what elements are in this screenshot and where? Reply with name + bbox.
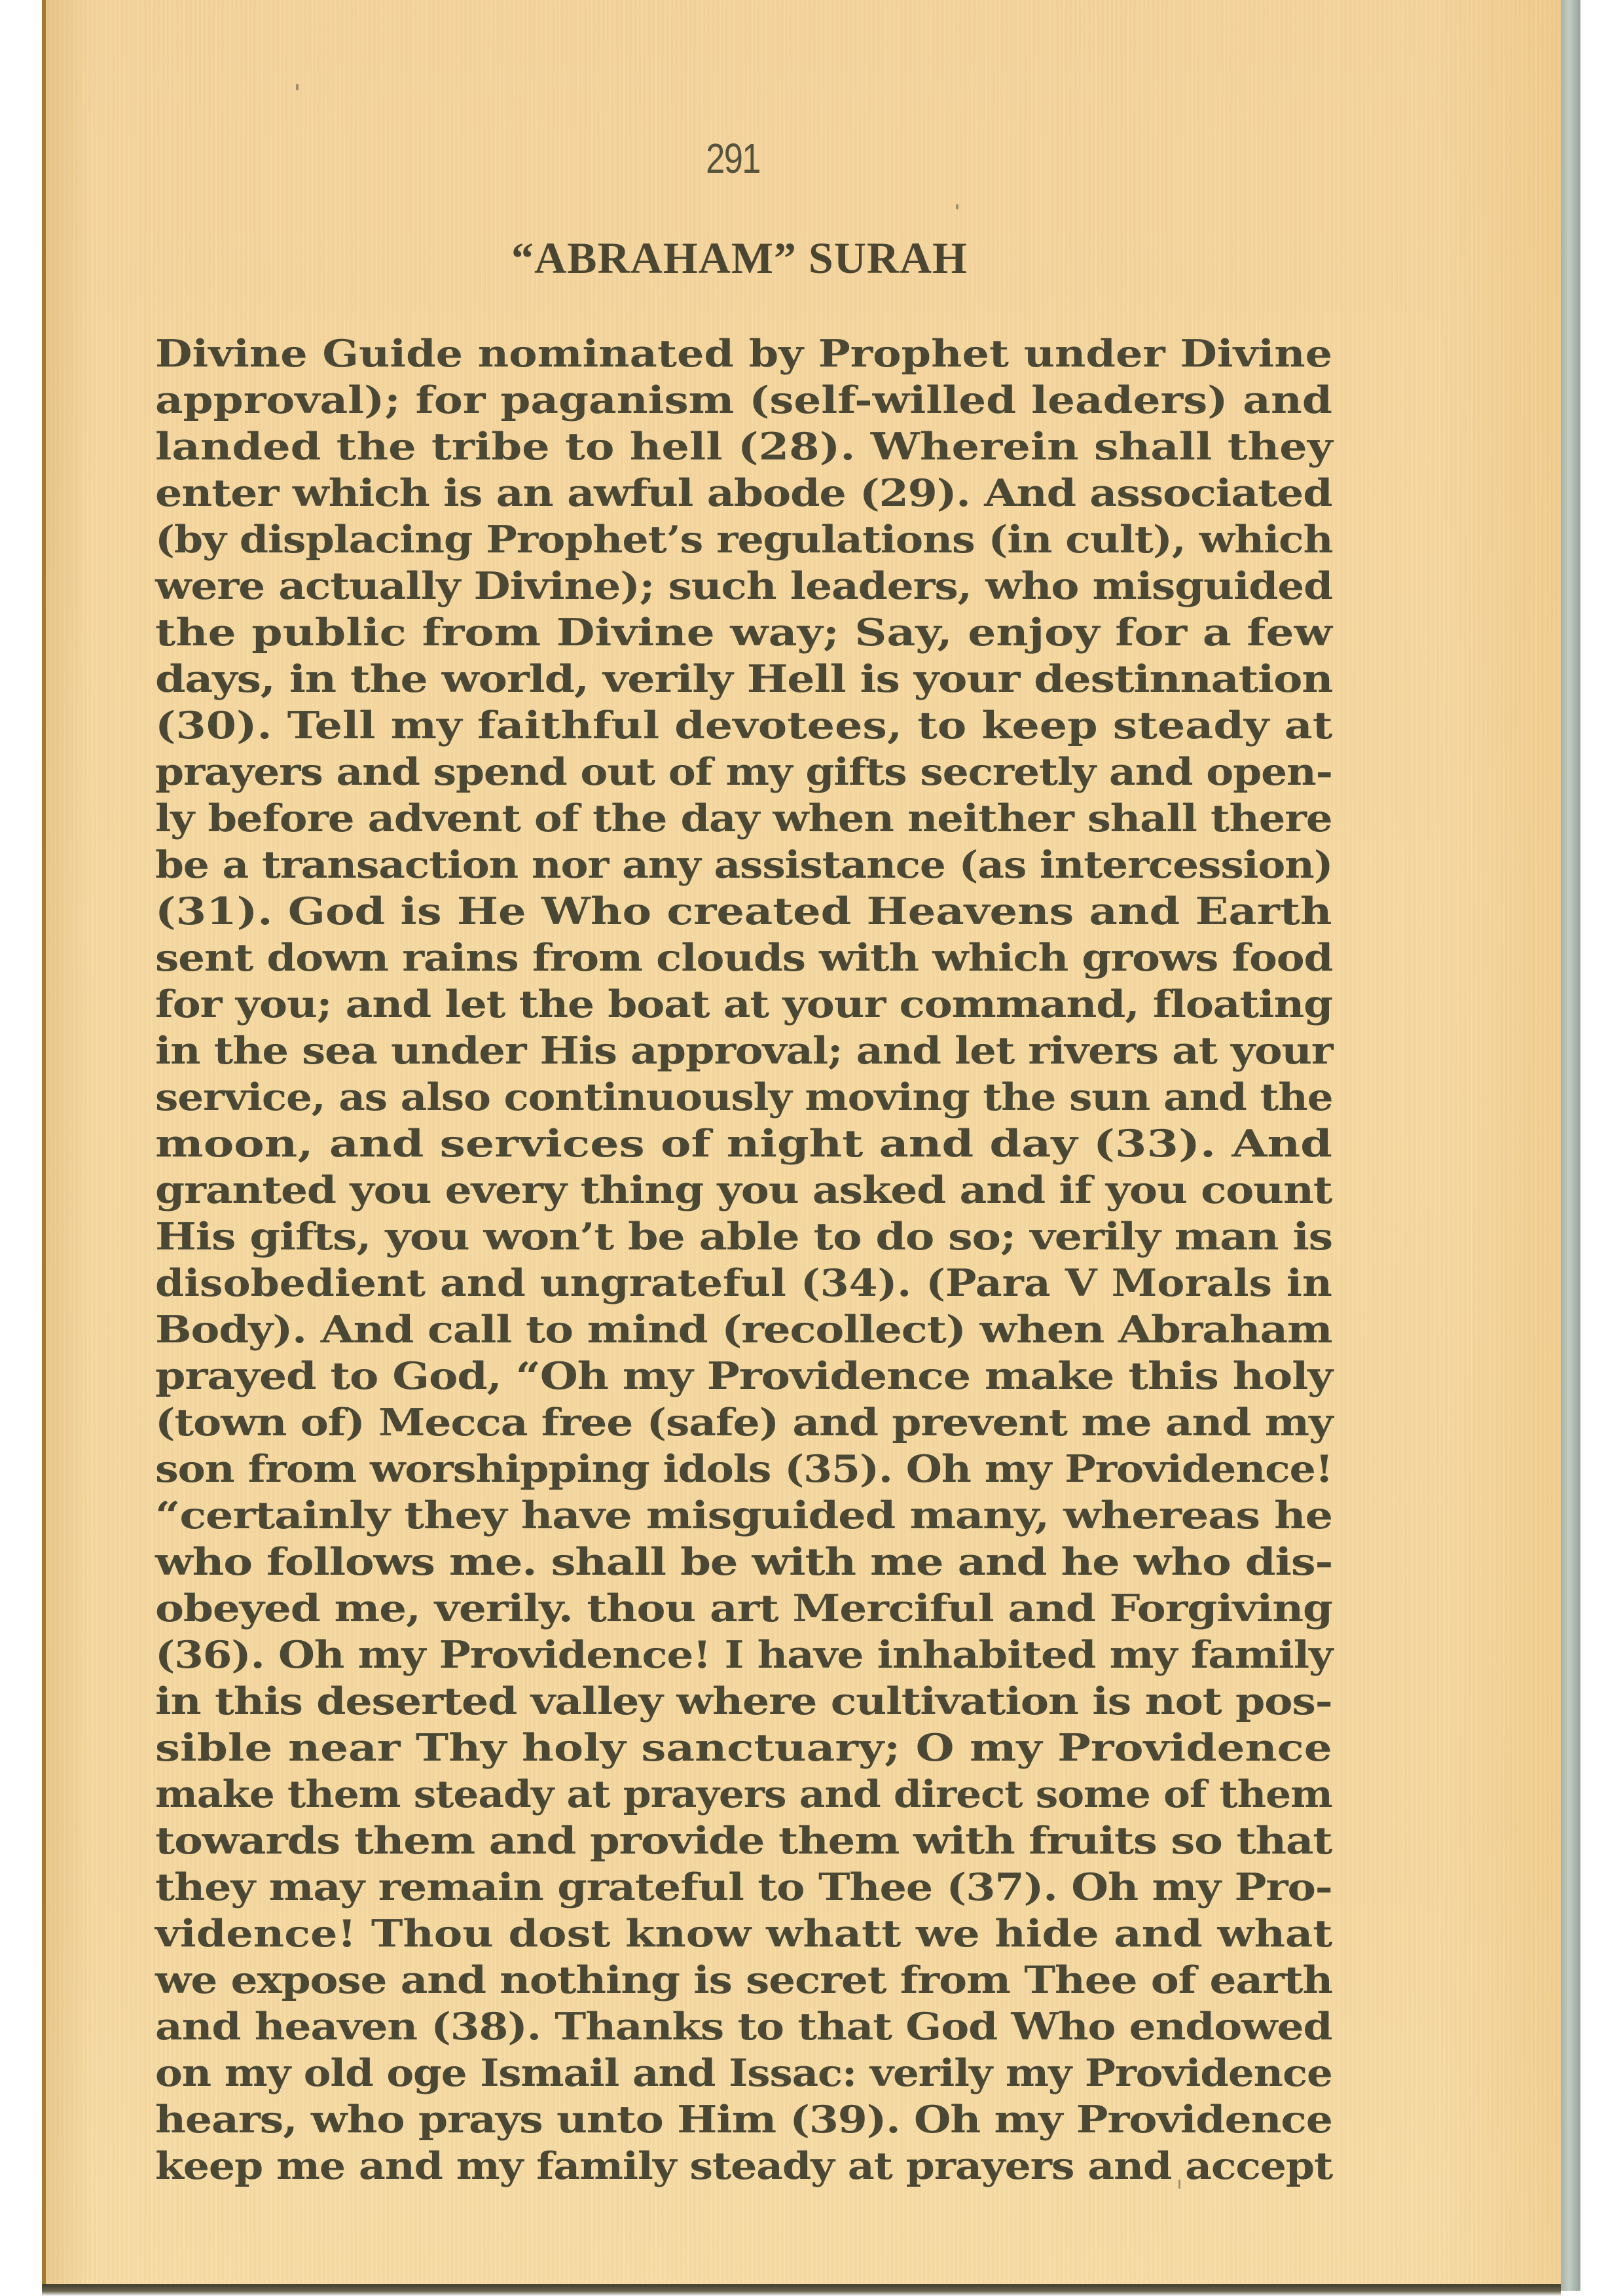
text-line: sent down rains from clouds with which g…	[155, 935, 1332, 981]
page-number: 291	[67, 134, 1398, 183]
page-bottom-shadow	[42, 2284, 1561, 2296]
text-line: towards them and provide them with fruit…	[155, 1818, 1332, 1864]
text-line: days, in the world, verily Hell is your …	[155, 656, 1332, 702]
text-line: prayed to God, “Oh my Providence make th…	[155, 1353, 1332, 1399]
scanned-page-background: 291 “ABRAHAM” SURAH Divine Guide nominat…	[0, 0, 1623, 2296]
text-line: be a transaction nor any assistance (as …	[155, 842, 1332, 888]
text-line: in the sea under His approval; and let r…	[155, 1028, 1332, 1074]
text-line: obeyed me, verily. thou art Merciful and…	[155, 1585, 1332, 1632]
paper-speck	[956, 204, 958, 209]
text-line: (30). Tell my faithful devotees, to keep…	[155, 702, 1332, 749]
text-line: service, as also continuously moving the…	[155, 1074, 1332, 1121]
text-line: “certainly they have misguided many, whe…	[155, 1492, 1332, 1539]
text-line: approval); for paganism (self-willed lea…	[155, 377, 1332, 423]
text-line: vidence! Thou dost know whatt we hide an…	[155, 1910, 1332, 1957]
text-line: His gifts, you won’t be able to do so; v…	[155, 1213, 1332, 1260]
text-line: and heaven (38). Thanks to that God Who …	[155, 2003, 1332, 2050]
text-line: prayers and spend out of my gifts secret…	[155, 749, 1332, 795]
text-line: hears, who prays unto Him (39). Oh my Pr…	[155, 2096, 1332, 2143]
text-line: son from worshipping idols (35). Oh my P…	[155, 1446, 1332, 1492]
text-line: were actually Divine); such leaders, who…	[155, 563, 1332, 609]
text-line: (by displacing Prophet’s regulations (in…	[155, 516, 1332, 563]
text-line: granted you every thing you asked and if…	[155, 1167, 1332, 1213]
text-line: sible near Thy holy sanctuary; O my Prov…	[155, 1725, 1332, 1771]
paper-speck	[296, 84, 299, 90]
text-line: for you; and let the boat at your comman…	[155, 981, 1332, 1028]
text-line: they may remain grateful to Thee (37). O…	[155, 1864, 1332, 1910]
text-line: (36). Oh my Providence! I have inhabited…	[155, 1632, 1332, 1678]
text-line: disobedient and ungrateful (34). (Para V…	[155, 1260, 1332, 1306]
text-line: landed the tribe to hell (28). Wherein s…	[155, 423, 1332, 470]
text-line: who follows me. shall be with me and he …	[155, 1539, 1332, 1585]
text-line: on my old oge Ismail and Issac: verily m…	[155, 2050, 1332, 2096]
text-line: (town of) Mecca free (safe) and prevent …	[155, 1399, 1332, 1446]
body-text: Divine Guide nominated by Prophet under …	[155, 331, 1334, 2189]
text-line: in this deserted valley where cultivatio…	[155, 1678, 1332, 1725]
text-line: keep me and my family steady at prayers …	[155, 2143, 1332, 2189]
text-line: Body). And call to mind (recollect) when…	[155, 1306, 1332, 1353]
text-line: moon, and services of night and day (33)…	[155, 1121, 1332, 1167]
text-line: we expose and nothing is secret from The…	[155, 1957, 1332, 2003]
text-line: the public from Divine way; Say, enjoy f…	[155, 609, 1332, 656]
paper-speck	[1178, 2179, 1180, 2189]
page-title: “ABRAHAM” SURAH	[0, 232, 1551, 284]
text-line: ly before advent of the day when neither…	[155, 795, 1332, 842]
text-line: make them steady at prayers and direct s…	[155, 1771, 1332, 1818]
text-line: enter which is an awful abode (29). And …	[155, 470, 1332, 516]
text-line: (31). God is He Who created Heavens and …	[155, 888, 1332, 935]
text-line: Divine Guide nominated by Prophet under …	[155, 331, 1332, 377]
